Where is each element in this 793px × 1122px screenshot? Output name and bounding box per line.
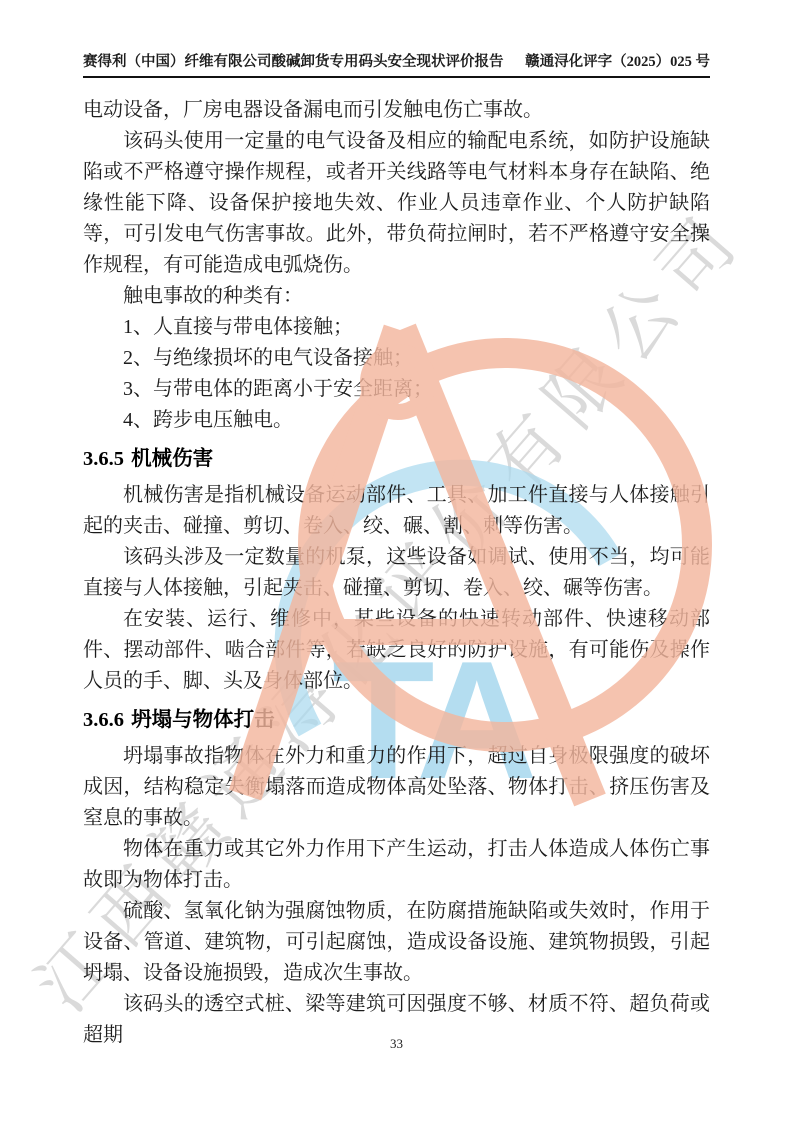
list-item: 4、跨步电压触电。 [83, 405, 710, 436]
paragraph: 触电事故的种类有： [83, 281, 710, 312]
paragraph: 电动设备，厂房电器设备漏电而引发触电伤亡事故。 [83, 95, 710, 126]
page-header: 赛得利（中国）纤维有限公司酸碱卸货专用码头安全现状评价报告 赣通浔化评字（202… [83, 50, 710, 78]
paragraph: 物体在重力或其它外力作用下产生运动，打击人体造成人体伤亡事故即为物体打击。 [83, 834, 710, 896]
header-doc-number: 赣通浔化评字（2025）025 号 [525, 50, 710, 71]
section-title: 机械伤害 [131, 448, 213, 470]
header-report-title: 赛得利（中国）纤维有限公司酸碱卸货专用码头安全现状评价报告 [83, 50, 504, 71]
document-page: 江西赣通浔化评价有限公司 TA 赛得利（中国）纤维有限公司酸碱卸货专用码头安全现… [0, 0, 793, 1122]
list-item: 2、与绝缘损坏的电气设备接触； [83, 343, 710, 374]
section-number: 3.6.6 [83, 709, 124, 731]
section-heading-366: 3.6.6坍塌与物体打击 [83, 705, 710, 736]
list-item: 3、与带电体的距离小于安全距离； [83, 374, 710, 405]
section-number: 3.6.5 [83, 448, 124, 470]
paragraph: 该码头使用一定量的电气设备及相应的输配电系统，如防护设施缺陷或不严格遵守操作规程… [83, 126, 710, 281]
paragraph: 硫酸、氢氧化钠为强腐蚀物质，在防腐措施缺陷或失效时，作用于设备、管道、建筑物，可… [83, 896, 710, 989]
page-number: 33 [0, 1036, 793, 1052]
paragraph: 在安装、运行、维修中，某些设备的快速转动部件、快速移动部件、摆动部件、啮合部件等… [83, 604, 710, 697]
section-title: 坍塌与物体打击 [131, 709, 275, 731]
section-heading-365: 3.6.5机械伤害 [83, 444, 710, 475]
page-content: 赛得利（中国）纤维有限公司酸碱卸货专用码头安全现状评价报告 赣通浔化评字（202… [0, 0, 793, 1051]
paragraph: 机械伤害是指机械设备运动部件、工具、加工件直接与人体接触引起的夹击、碰撞、剪切、… [83, 480, 710, 542]
list-item: 1、人直接与带电体接触； [83, 312, 710, 343]
paragraph: 坍塌事故指物体在外力和重力的作用下，超过自身极限强度的破坏成因，结构稳定失衡塌落… [83, 741, 710, 834]
paragraph: 该码头涉及一定数量的机泵，这些设备如调试、使用不当，均可能直接与人体接触，引起夹… [83, 542, 710, 604]
